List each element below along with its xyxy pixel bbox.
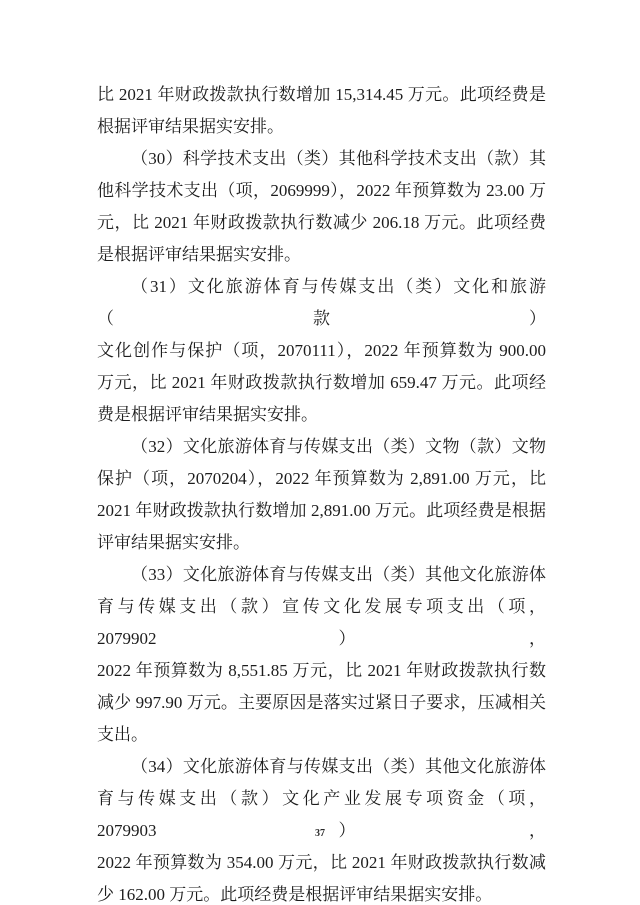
- text-line: 支出。: [97, 719, 546, 751]
- text-line: （31）文化旅游体育与传媒支出（类）文化和旅游（款）: [97, 271, 546, 335]
- text-line: 文化创作与保护（项，2070111），2022 年预算数为 900.00: [97, 335, 546, 367]
- text-line: 元，比 2021 年财政拨款执行数减少 206.18 万元。此项经费: [97, 207, 546, 239]
- text-line: （33）文化旅游体育与传媒支出（类）其他文化旅游体: [97, 559, 546, 591]
- text-line: 保护（项，2070204），2022 年预算数为 2,891.00 万元，比: [97, 463, 546, 495]
- text-line: 是根据评审结果据实安排。: [97, 239, 546, 271]
- text-line: 他科学技术支出（项，2069999），2022 年预算数为 23.00 万: [97, 175, 546, 207]
- text-line: 2021 年财政拨款执行数增加 2,891.00 万元。此项经费是根据: [97, 495, 546, 527]
- text-line: （30）科学技术支出（类）其他科学技术支出（款）其: [97, 143, 546, 175]
- text-line: 少 162.00 万元。此项经费是根据评审结果据实安排。: [97, 879, 546, 905]
- text-line: 万元，比 2021 年财政拨款执行数增加 659.47 万元。此项经: [97, 367, 546, 399]
- page-number: 37: [0, 828, 640, 839]
- text-line: 育与传媒支出（款）宣传文化发展专项支出（项，2079902），: [97, 591, 546, 655]
- text-line: 减少 997.90 万元。主要原因是落实过紧日子要求，压减相关: [97, 687, 546, 719]
- text-line: 2022 年预算数为 8,551.85 万元，比 2021 年财政拨款执行数: [97, 655, 546, 687]
- text-line: 评审结果据实安排。: [97, 527, 546, 559]
- text-line: 根据评审结果据实安排。: [97, 111, 546, 143]
- text-line: （32）文化旅游体育与传媒支出（类）文物（款）文物: [97, 431, 546, 463]
- text-line: 费是根据评审结果据实安排。: [97, 399, 546, 431]
- text-line: 2022 年预算数为 354.00 万元，比 2021 年财政拨款执行数减: [97, 847, 546, 879]
- document-page: 比 2021 年财政拨款执行数增加 15,314.45 万元。此项经费是根据评审…: [0, 0, 640, 905]
- document-body: 比 2021 年财政拨款执行数增加 15,314.45 万元。此项经费是根据评审…: [97, 79, 546, 905]
- text-line: 比 2021 年财政拨款执行数增加 15,314.45 万元。此项经费是: [97, 79, 546, 111]
- text-line: （34）文化旅游体育与传媒支出（类）其他文化旅游体: [97, 751, 546, 783]
